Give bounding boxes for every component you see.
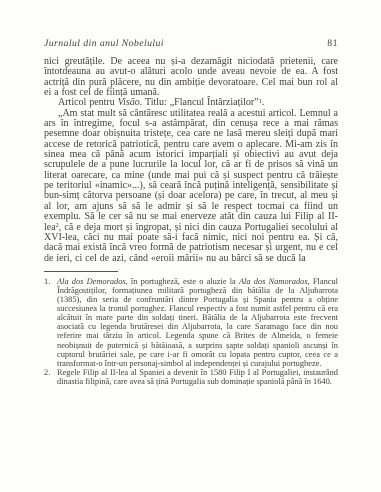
footnote-text: Regele Filip al II-lea al Spaniei a deve… <box>57 368 338 386</box>
footnote-separator <box>44 271 118 272</box>
footnote-item: 1. Ala dos Demorados, în portugheză, est… <box>44 277 338 368</box>
main-text: nici greutățile. De aceea nu și-a dezamă… <box>44 57 338 264</box>
page-number: 81 <box>327 38 338 49</box>
footnote-number: 1. <box>44 277 57 286</box>
footnote-number: 2. <box>44 368 57 377</box>
running-header-title: Jurnalul din anul Nobelului <box>44 38 164 49</box>
paragraph-article-body: „Am stat mult să cântăresc utilitatea re… <box>44 109 338 264</box>
book-page: Jurnalul din anul Nobelului 81 nici greu… <box>0 0 381 492</box>
running-header: Jurnalul din anul Nobelului 81 <box>44 38 338 49</box>
paragraph-continuation: nici greutățile. De aceea nu și-a dezamă… <box>44 57 338 98</box>
footnote-text: Ala dos Demorados, în portugheză, este o… <box>57 277 338 368</box>
footnotes-section: 1. Ala dos Demorados, în portugheză, est… <box>44 277 338 386</box>
page-content: Jurnalul din anul Nobelului 81 nici greu… <box>44 38 338 386</box>
footnote-item: 2. Regele Filip al II-lea al Spaniei a d… <box>44 368 338 386</box>
